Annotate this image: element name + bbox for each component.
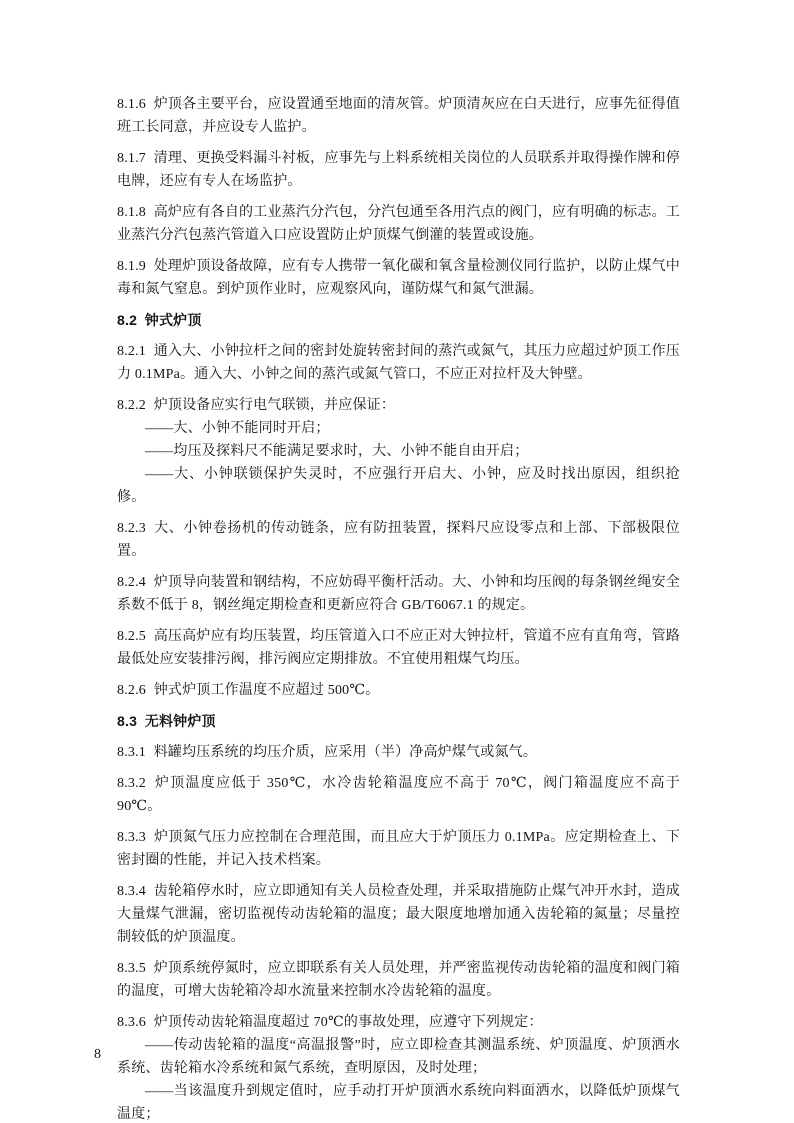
clause-text: 齿轮箱停水时，应立即通知有关人员检查处理，并采取措施防止煤气冲开水封，造成大量煤… (117, 884, 680, 945)
clause-number: 8.3 (117, 713, 137, 729)
clause-8-1-6: 8.1.6炉顶各主要平台，应设置通至地面的清灰管。炉顶清灰应在白天进行，应事先征… (117, 93, 680, 139)
dash-item: ——大、小钟联锁保护失灵时，不应强行开启大、小钟，应及时找出原因，组织抢修。 (117, 463, 680, 509)
clause-8-3-6: 8.3.6炉顶传动齿轮箱温度超过 70℃的事故处理，应遵守下列规定： (117, 1011, 680, 1034)
clause-8-2-4: 8.2.4炉顶导向装置和钢结构，不应妨碍平衡杆活动。大、小钟和均压阀的每条钢丝绳… (117, 571, 680, 617)
clause-number: 8.2.5 (117, 629, 146, 644)
dash-item: ——大、小钟不能同时开启； (117, 417, 680, 440)
clause-8-2-6: 8.2.6钟式炉顶工作温度不应超过 500℃。 (117, 679, 680, 702)
clause-text: 炉顶各主要平台，应设置通至地面的清灰管。炉顶清灰应在白天进行，应事先征得值班工长… (117, 97, 680, 135)
clause-text: 清理、更换受料漏斗衬板，应事先与上料系统相关岗位的人员联系并取得操作牌和停电牌，… (117, 151, 680, 189)
clause-text: 高炉应有各自的工业蒸汽分汽包，分汽包通至各用汽点的阀门，应有明确的标志。工业蒸汽… (117, 205, 680, 243)
clause-text: 通入大、小钟拉杆之间的密封处旋转密封间的蒸汽或氮气，其压力应超过炉顶工作压力 0… (117, 344, 680, 382)
clause-number: 8.3.3 (117, 830, 146, 845)
clause-8-3-5: 8.3.5炉顶系统停氮时，应立即联系有关人员处理，并严密监视传动齿轮箱的温度和阀… (117, 957, 680, 1003)
dash-item: ——当该温度升到规定值时，应手动打开炉顶洒水系统向料面洒水，以降低炉顶煤气温度； (117, 1080, 680, 1123)
clause-number: 8.1.6 (117, 97, 146, 112)
clause-number: 8.3.6 (117, 1015, 146, 1030)
clause-8-1-9: 8.1.9处理炉顶设备故障，应有专人携带一氧化碳和氧含量检测仪同行监护，以防止煤… (117, 255, 680, 301)
clause-8-1-8: 8.1.8高炉应有各自的工业蒸汽分汽包，分汽包通至各用汽点的阀门，应有明确的标志… (117, 201, 680, 247)
clause-text: 钟式炉顶工作温度不应超过 500℃。 (154, 683, 380, 698)
clause-text: 高压高炉应有均压装置，均压管道入口不应正对大钟拉杆，管道不应有直角弯，管路最低处… (117, 629, 680, 667)
clause-text: 钟式炉顶 (145, 312, 202, 328)
clause-number: 8.3.5 (117, 961, 146, 976)
clause-text: 处理炉顶设备故障，应有专人携带一氧化碳和氧含量检测仪同行监护，以防止煤气中毒和氮… (117, 259, 680, 297)
clause-number: 8.3.1 (117, 745, 146, 760)
clause-number: 8.2.6 (117, 683, 146, 698)
clause-text: 大、小钟卷扬机的传动链条，应有防扭装置，探料尺应设零点和上部、下部极限位置。 (117, 521, 680, 559)
document-page: 8.1.6炉顶各主要平台，应设置通至地面的清灰管。炉顶清灰应在白天进行，应事先征… (0, 0, 794, 1123)
clause-text: 炉顶传动齿轮箱温度超过 70℃的事故处理，应遵守下列规定： (154, 1015, 543, 1030)
clause-8-2-1: 8.2.1通入大、小钟拉杆之间的密封处旋转密封间的蒸汽或氮气，其压力应超过炉顶工… (117, 340, 680, 386)
clause-number: 8.2.3 (117, 521, 146, 536)
clause-8-2-5: 8.2.5高压高炉应有均压装置，均压管道入口不应正对大钟拉杆，管道不应有直角弯，… (117, 625, 680, 671)
clause-text: 炉顶温度应低于 350℃，水冷齿轮箱温度应不高于 70℃，阀门箱温度应不高于 9… (117, 776, 680, 814)
clause-number: 8.2 (117, 312, 137, 328)
section-heading-8-2: 8.2钟式炉顶 (117, 309, 680, 332)
clause-text: 炉顶系统停氮时，应立即联系有关人员处理，并严密监视传动齿轮箱的温度和阀门箱的温度… (117, 961, 680, 999)
clause-8-2-3: 8.2.3大、小钟卷扬机的传动链条，应有防扭装置，探料尺应设零点和上部、下部极限… (117, 517, 680, 563)
clause-number: 8.3.2 (117, 776, 146, 791)
clause-number: 8.2.1 (117, 344, 146, 359)
dash-item: ——均压及探料尺不能满足要求时，大、小钟不能自由开启； (117, 440, 680, 463)
clause-text: 炉顶氮气压力应控制在合理范围，而且应大于炉顶压力 0.1MPa。应定期检查上、下… (117, 830, 680, 868)
clause-text: 无料钟炉顶 (145, 713, 216, 729)
page-number: 8 (94, 1046, 101, 1064)
dash-item: ——传动齿轮箱的温度“高温报警”时，应立即检查其测温系统、炉顶温度、炉顶洒水系统… (117, 1034, 680, 1080)
clause-text: 炉顶导向装置和钢结构，不应妨碍平衡杆活动。大、小钟和均压阀的每条钢丝绳安全系数不… (117, 575, 680, 613)
clause-number: 8.2.4 (117, 575, 146, 590)
clause-number: 8.1.7 (117, 151, 146, 166)
clause-text: 炉顶设备应实行电气联锁，并应保证： (154, 398, 395, 413)
clause-8-3-4: 8.3.4齿轮箱停水时，应立即通知有关人员检查处理，并采取措施防止煤气冲开水封，… (117, 880, 680, 949)
clause-number: 8.1.8 (117, 205, 146, 220)
section-heading-8-3: 8.3无料钟炉顶 (117, 710, 680, 733)
clause-8-1-7: 8.1.7清理、更换受料漏斗衬板，应事先与上料系统相关岗位的人员联系并取得操作牌… (117, 147, 680, 193)
clause-8-3-2: 8.3.2炉顶温度应低于 350℃，水冷齿轮箱温度应不高于 70℃，阀门箱温度应… (117, 772, 680, 818)
clause-number: 8.1.9 (117, 259, 146, 274)
clause-number: 8.3.4 (117, 884, 146, 899)
clause-text: 料罐均压系统的均压介质，应采用（半）净高炉煤气或氮气。 (154, 745, 537, 760)
clause-8-3-3: 8.3.3炉顶氮气压力应控制在合理范围，而且应大于炉顶压力 0.1MPa。应定期… (117, 826, 680, 872)
clause-8-2-2: 8.2.2炉顶设备应实行电气联锁，并应保证： (117, 394, 680, 417)
clause-8-3-1: 8.3.1料罐均压系统的均压介质，应采用（半）净高炉煤气或氮气。 (117, 741, 680, 764)
clause-number: 8.2.2 (117, 398, 146, 413)
document-body: 8.1.6炉顶各主要平台，应设置通至地面的清灰管。炉顶清灰应在白天进行，应事先征… (117, 93, 680, 1123)
